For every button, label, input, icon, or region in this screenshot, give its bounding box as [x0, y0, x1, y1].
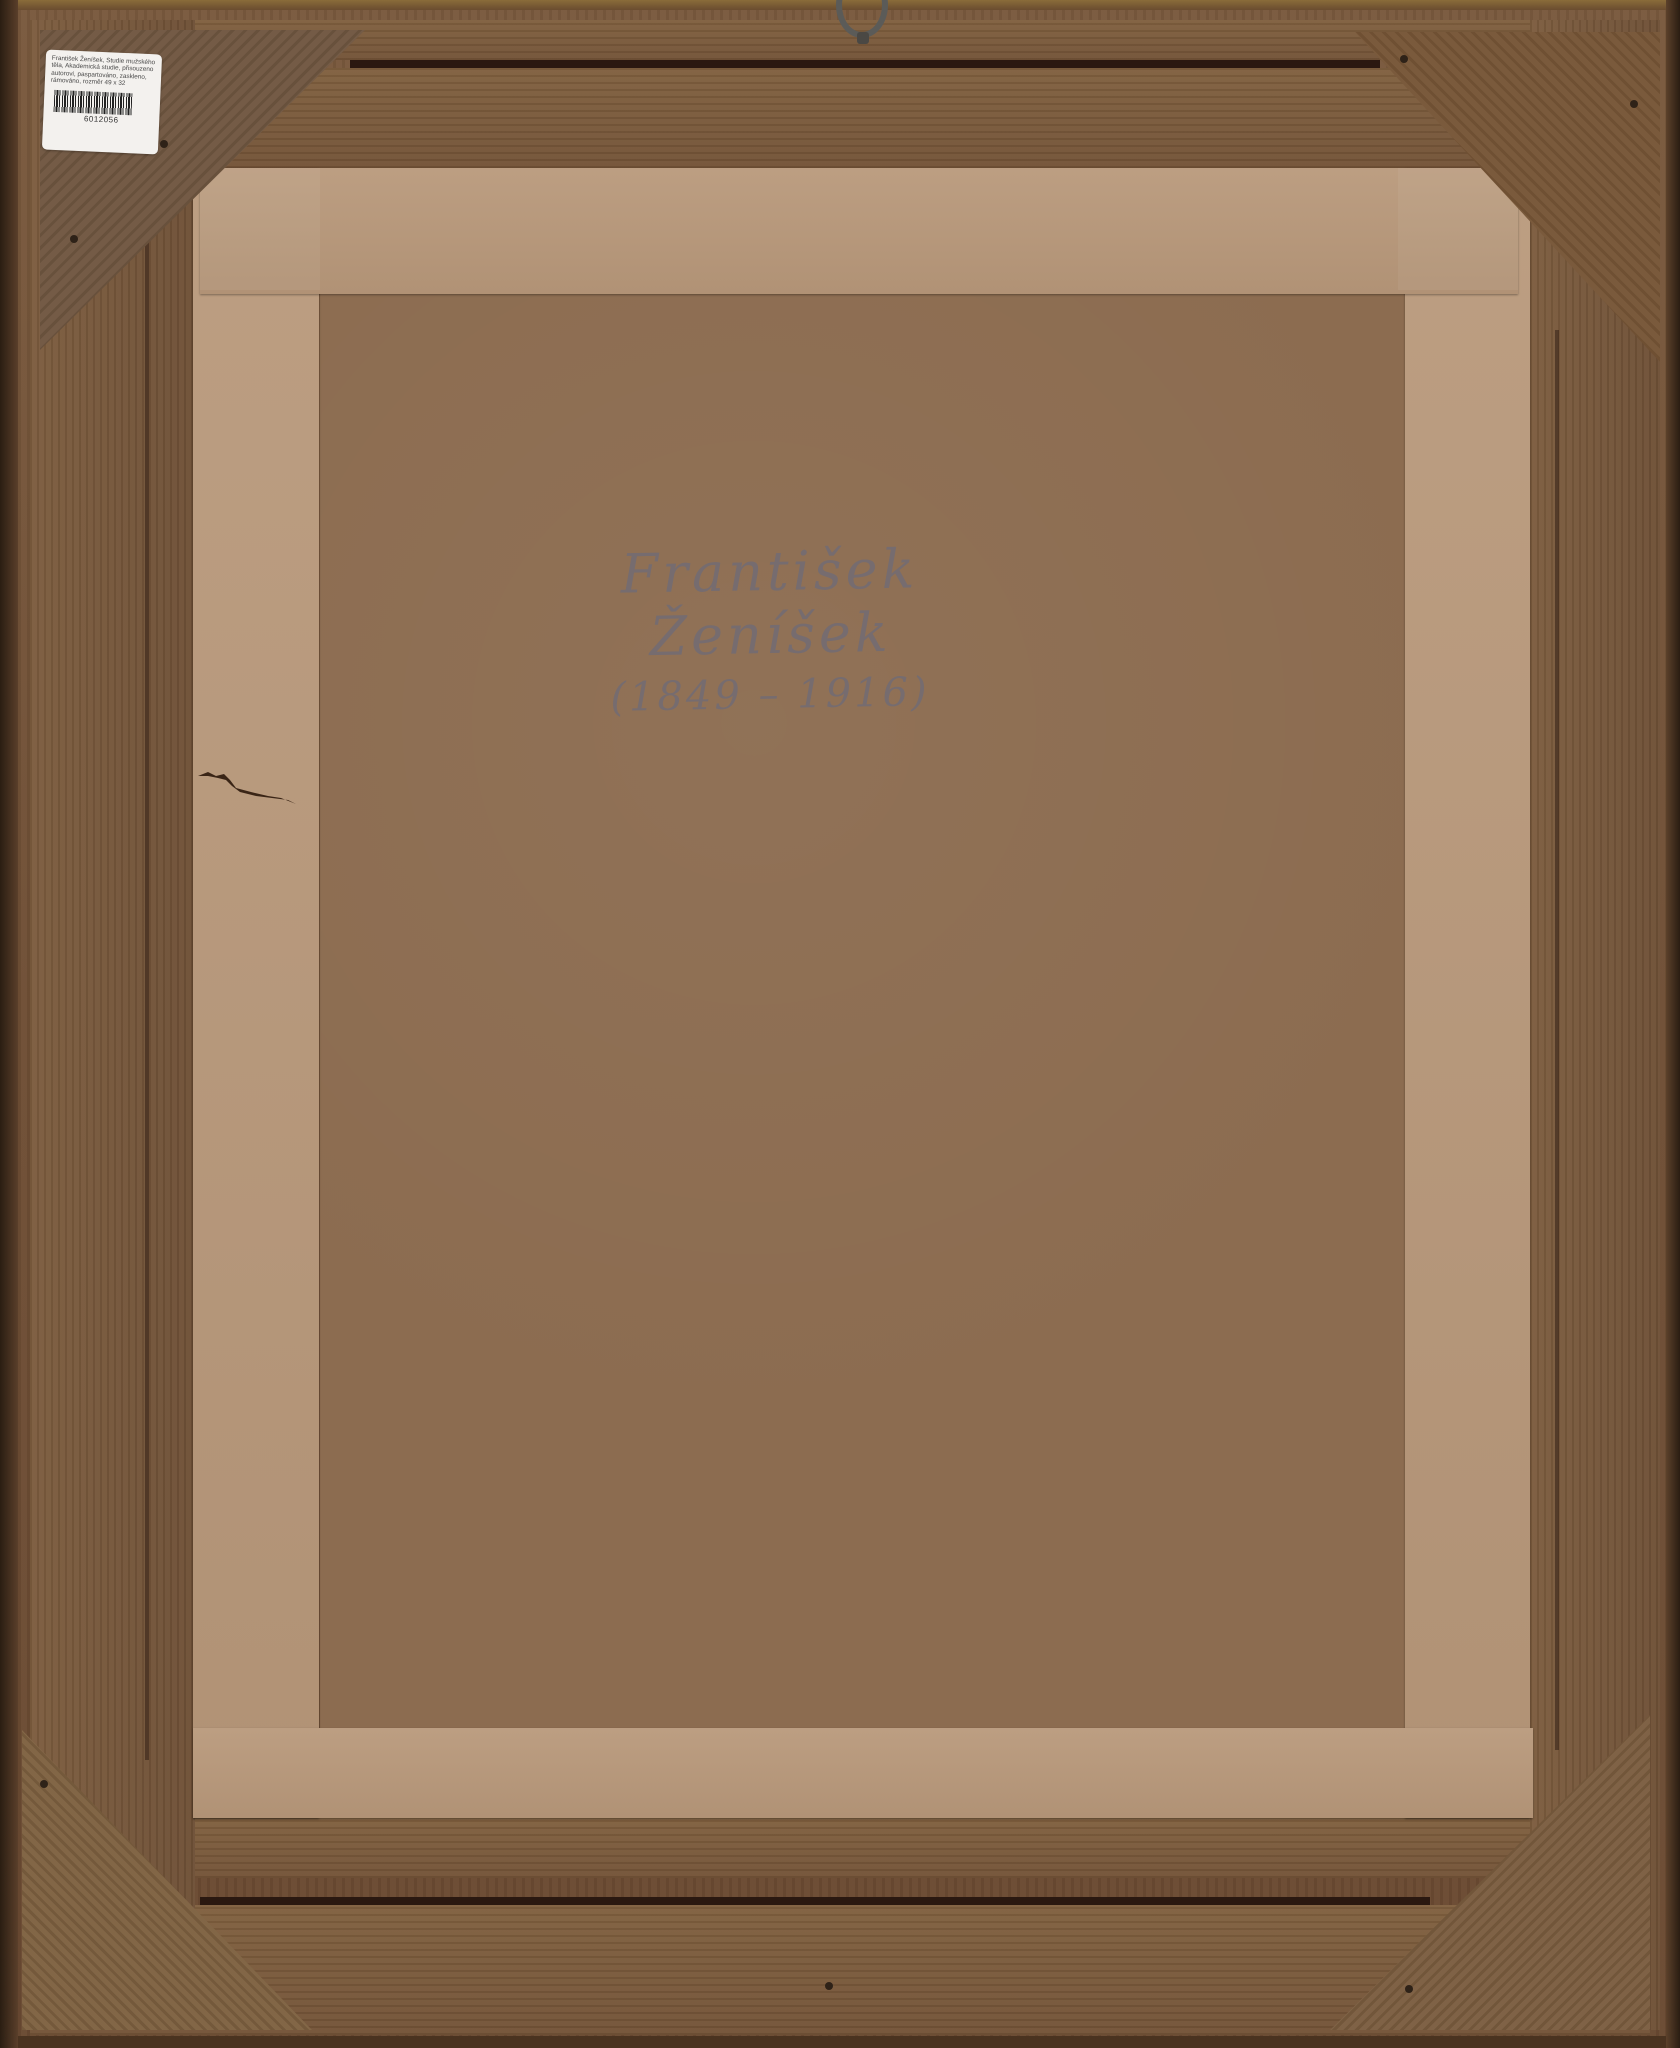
nail-icon — [40, 1780, 48, 1788]
nail-icon — [825, 1982, 833, 1990]
paper-tape-bottom — [193, 1728, 1533, 1818]
nail-icon — [1400, 55, 1408, 63]
inscription-name: František Ženíšek — [509, 535, 1031, 670]
tape-tear — [196, 768, 306, 808]
nail-icon — [1630, 100, 1638, 108]
paper-tape-top — [200, 168, 1518, 294]
nail-icon — [160, 140, 168, 148]
paper-tape-right — [1405, 168, 1530, 1818]
inscription-dates: (1849 – 1916) — [510, 667, 1031, 722]
stretcher-gap-top — [350, 60, 1380, 68]
frame-edge-bottom — [0, 2036, 1680, 2048]
stretcher-bottom-inner — [150, 1818, 1530, 1878]
barcode-icon — [54, 90, 133, 115]
label-text: František Ženíšek, Studie mužského těla,… — [51, 55, 156, 89]
stretcher-gap-left — [145, 240, 149, 1760]
tape-overlap-tl — [200, 168, 320, 290]
paper-tape-left — [193, 168, 319, 1818]
inventory-label: František Ženíšek, Studie mužského těla,… — [42, 50, 162, 155]
stretcher-gap-right — [1555, 330, 1559, 1750]
frame-edge-right — [1666, 0, 1680, 2048]
barcode-number: 6012056 — [49, 112, 153, 126]
backing-board — [320, 292, 1405, 1728]
nail-icon — [1405, 1985, 1413, 1993]
nail-icon — [70, 235, 78, 243]
stretcher-gap-bottom — [200, 1897, 1430, 1905]
hanger-ring-knot — [857, 32, 869, 44]
stretcher-top-inner — [140, 68, 1540, 168]
frame-edge-left — [0, 0, 18, 2048]
pencil-inscription: František Ženíšek (1849 – 1916) — [510, 540, 1030, 718]
